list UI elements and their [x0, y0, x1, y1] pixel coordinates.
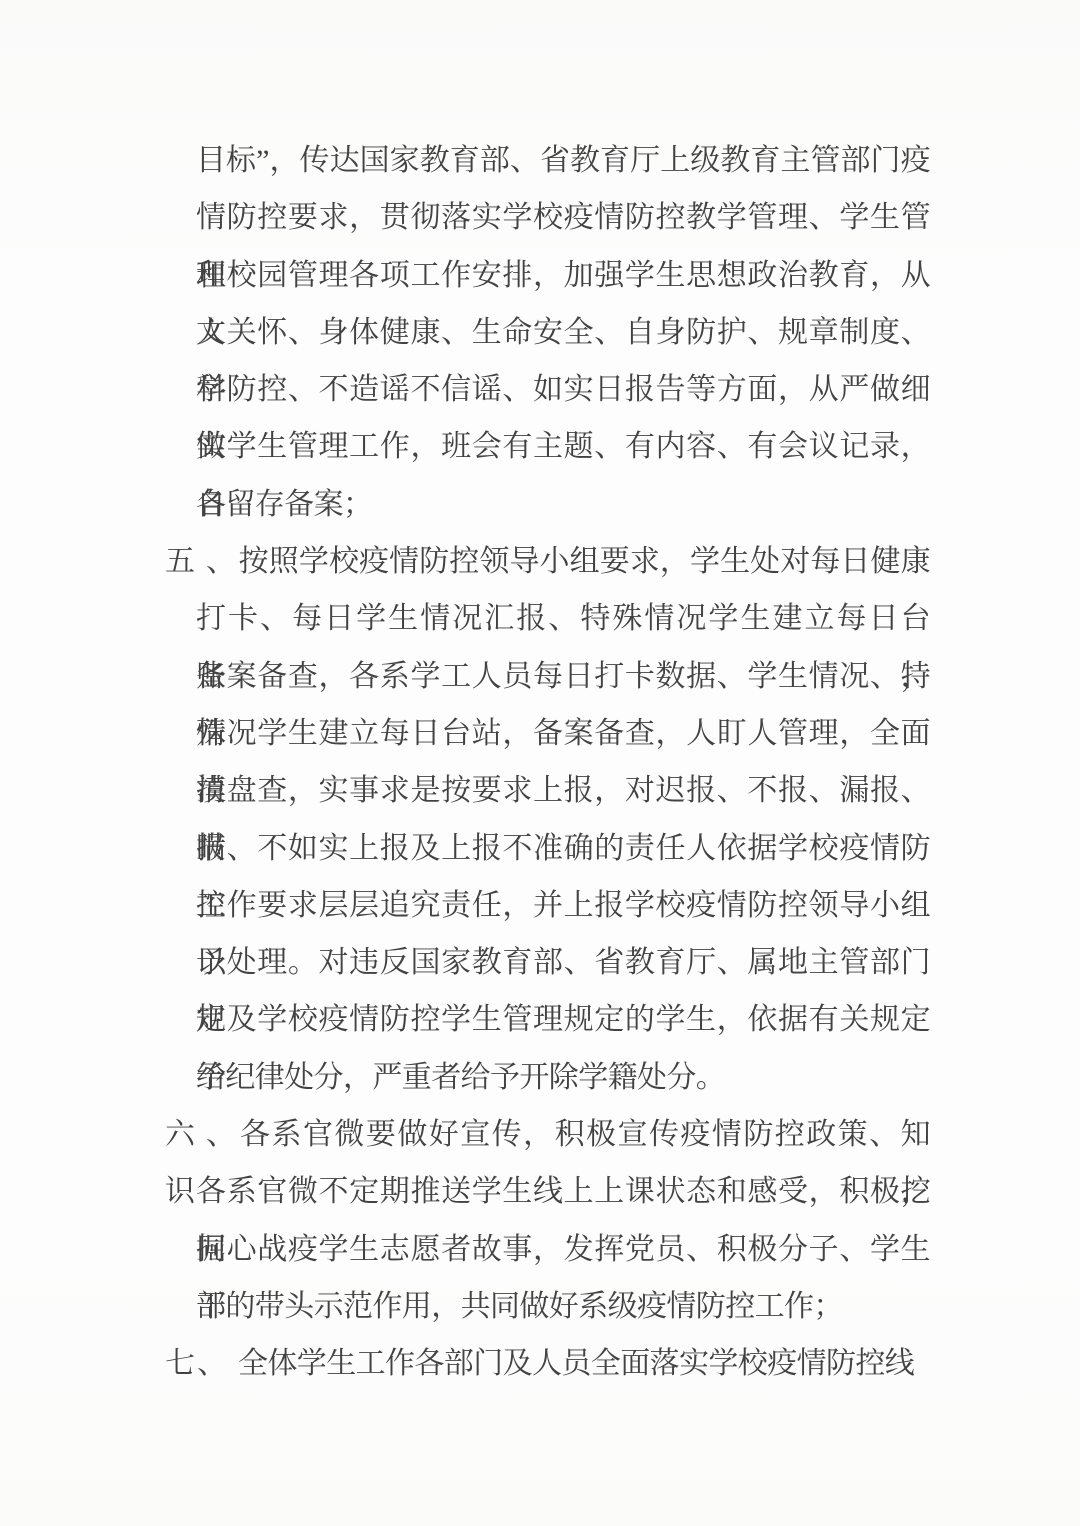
text-line: 自留存备案；	[165, 476, 930, 533]
text-line: 备案备查，各系学工人员每日打卡数据、学生情况、特殊	[165, 648, 930, 705]
text-line: 定及学校疫情防控学生管理规定的学生，依据有关规定给	[165, 991, 930, 1048]
text-line: 文关怀、身体健康、生命安全、自身防护、规章制度、科	[165, 304, 930, 361]
list-item-marker: 六、	[165, 1106, 238, 1163]
list-item-line: 七、全体学生工作各部门及人员全面落实学校疫情防控线	[165, 1335, 930, 1392]
text-line: 目标”，传达国家教育部、省教育厅上级教育主管部门疫	[165, 132, 930, 189]
line-text: 按照学校疫情防控领导小组要求，学生处对每日健康	[238, 545, 930, 578]
text-line: 部的带头示范作用，共同做好系级疫情防控工作；	[165, 1278, 930, 1335]
list-item-line: 六、各系官微要做好宣传，积极宣传疫情防控政策、知识，	[165, 1106, 930, 1163]
line-text: 全体学生工作各部门及人员全面落实学校疫情防控线	[238, 1347, 914, 1380]
text-line: 实学生管理工作，班会有主题、有内容、有会议记录，各	[165, 418, 930, 475]
text-line: 和校园管理各项工作安排，加强学生思想政治教育，从人	[165, 247, 930, 304]
text-line: 情防控要求，贯彻落实学校疫情防控教学管理、学生管理	[165, 189, 930, 246]
text-line: 各系官微不定期推送学生线上上课状态和感受，积极挖掘	[165, 1163, 930, 1220]
document-page: 目标”，传达国家教育部、省教育厅上级教育主管部门疫情防控要求，贯彻落实学校疫情防…	[0, 0, 1080, 1526]
line-text: 自留存备案；	[196, 488, 372, 521]
list-item-marker: 五、	[165, 533, 238, 590]
text-line: 报、不如实上报及上报不准确的责任人依据学校疫情防控	[165, 820, 930, 877]
text-line: 予纪律处分，严重者给予开除学籍处分。	[165, 1049, 930, 1106]
list-item-marker: 七、	[165, 1335, 238, 1392]
line-text: 部的带头示范作用，共同做好系级疫情防控工作；	[196, 1290, 843, 1323]
line-text: 予纪律处分，严重者给予开除学籍处分。	[196, 1061, 725, 1094]
document-body: 目标”，传达国家教育部、省教育厅上级教育主管部门疫情防控要求，贯彻落实学校疫情防…	[165, 132, 930, 1393]
text-line: 以处理。对违反国家教育部、省教育厅、属地主管部门规	[165, 934, 930, 991]
list-item-line: 五、按照学校疫情防控领导小组要求，学生处对每日健康	[165, 533, 930, 590]
text-line: 打卡、每日学生情况汇报、特殊情况学生建立每日台账，	[165, 590, 930, 647]
text-line: 学防控、不造谣不信谣、如实日报告等方面，从严做细做	[165, 361, 930, 418]
line-text: 目标”，传达国家教育部、省教育厅上级教育主管部门疫	[196, 144, 930, 177]
text-line: 清盘查，实事求是按要求上报，对迟报、不报、漏报、瞒	[165, 762, 930, 819]
text-line: 情况学生建立每日台站，备案备查，人盯人管理，全面摸	[165, 705, 930, 762]
text-line: 工作要求层层追究责任，并上报学校疫情防控领导小组予	[165, 877, 930, 934]
text-line: 同心战疫学生志愿者故事，发挥党员、积极分子、学生干	[165, 1221, 930, 1278]
